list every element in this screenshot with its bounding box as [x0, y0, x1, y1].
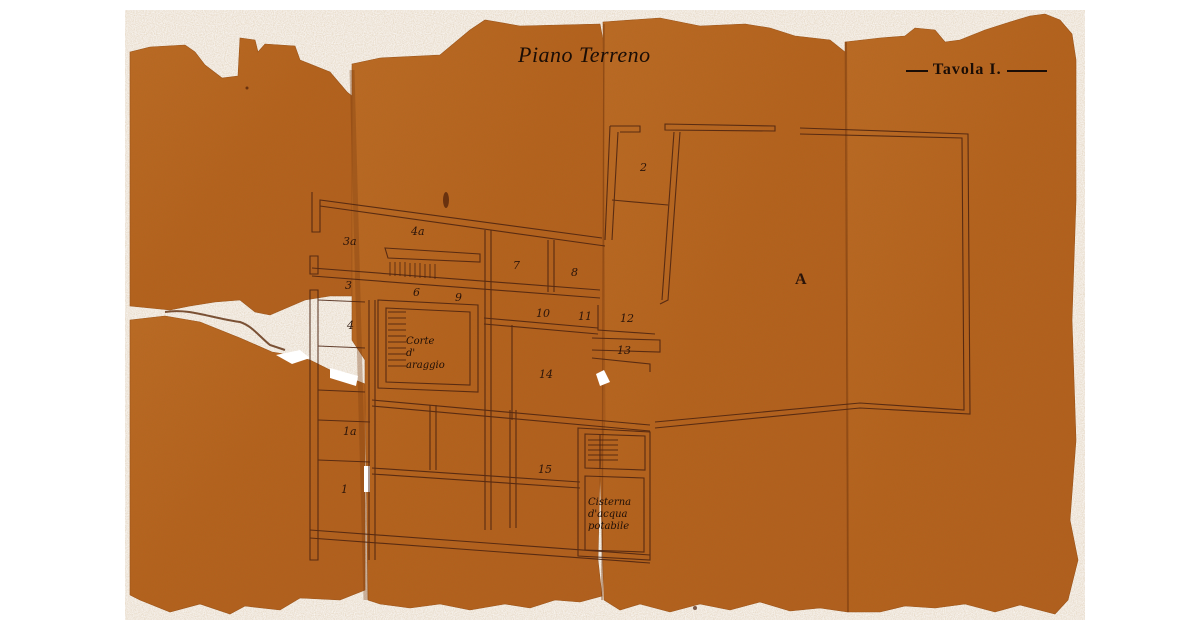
courtyard-annotation: Corte d' araggio — [406, 336, 445, 372]
room-label: 13 — [617, 345, 631, 356]
cistern-annotation: Cisterna d'acqua potabile — [588, 497, 631, 533]
room-label: 12 — [620, 313, 634, 324]
room-label: 11 — [578, 311, 592, 322]
floor-plan-drawing — [0, 0, 1200, 628]
room-label: 1a — [343, 426, 357, 437]
plate-rule-left — [906, 70, 928, 72]
plate-label: Tavola I. — [933, 61, 1002, 78]
room-label: 1 — [341, 484, 348, 495]
room-label: 7 — [513, 260, 520, 271]
room-label: 3 — [345, 280, 352, 291]
room-label: 14 — [539, 369, 553, 380]
room-label: 8 — [571, 267, 578, 278]
room-label-a: A — [795, 272, 807, 288]
room-label: 10 — [536, 308, 550, 319]
floor-plan-scan: Piano Terreno Tavola I. 1 1a 2 3 3a 4 4a… — [0, 0, 1200, 628]
room-label: 4a — [411, 226, 425, 237]
plate-number: Tavola I. — [906, 62, 1047, 78]
plan-title: Piano Terreno — [518, 44, 651, 66]
room-label: 3a — [343, 236, 357, 247]
plate-rule-right — [1007, 70, 1047, 72]
room-label: 4 — [347, 320, 354, 331]
room-label: 6 — [413, 287, 420, 298]
room-label: 9 — [455, 292, 462, 303]
room-label: 15 — [538, 464, 552, 475]
room-label: 2 — [640, 162, 647, 173]
